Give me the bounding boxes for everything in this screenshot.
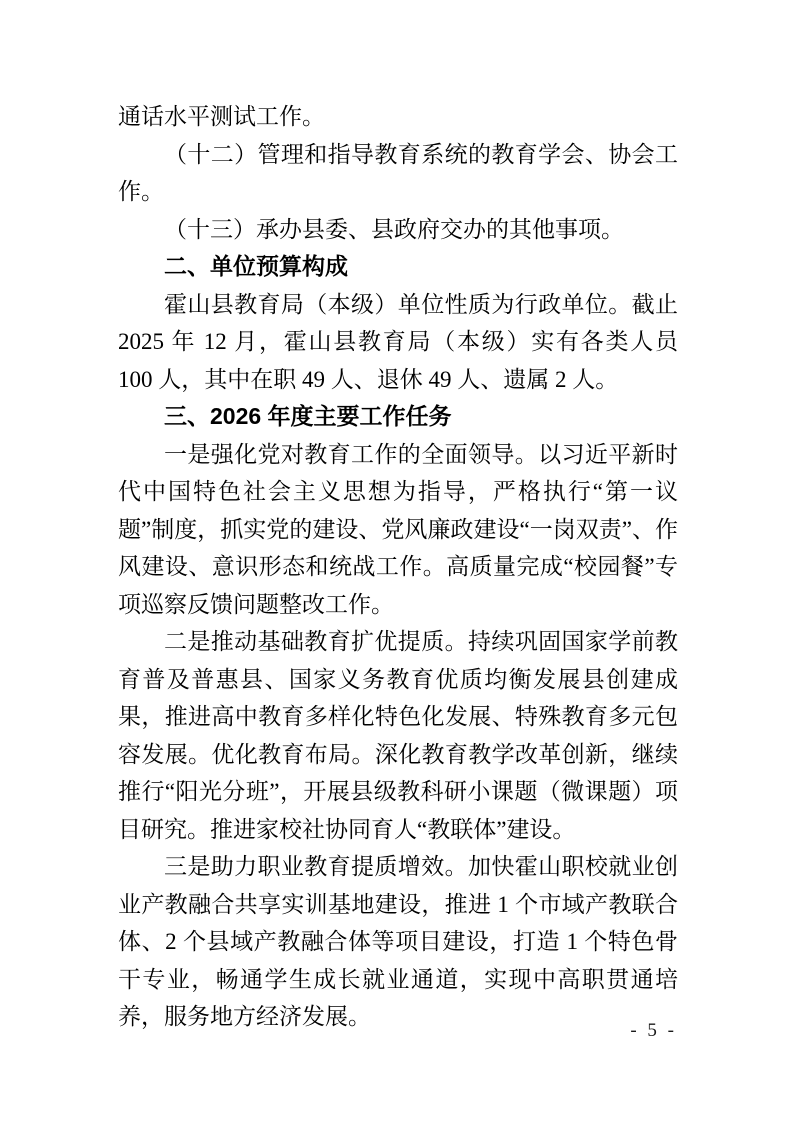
paragraph-budget-composition: 霍山县教育局（本级）单位性质为行政单位。截止 2025 年 12 月，霍山县教育…	[118, 286, 678, 399]
paragraph-task-party-leadership: 一是强化党对教育工作的全面领导。以习近平新时代中国特色社会主义思想为指导，严格执…	[118, 436, 678, 624]
section-heading-budget-composition: 二、单位预算构成	[118, 248, 678, 286]
document-page: 通话水平测试工作。 （十二）管理和指导教育系统的教育学会、协会工作。 （十三）承…	[0, 0, 793, 1122]
paragraph-task-vocational-education: 三是助力职业教育提质增效。加快霍山职校就业创业产教融合共享实训基地建设，推进 1…	[118, 848, 678, 1036]
page-number: - 5 -	[630, 1020, 677, 1042]
document-body: 通话水平测试工作。 （十二）管理和指导教育系统的教育学会、协会工作。 （十三）承…	[118, 98, 678, 1036]
paragraph-task-basic-education: 二是推动基础教育扩优提质。持续巩固国家学前教育普及普惠县、国家义务教育优质均衡发…	[118, 623, 678, 848]
paragraph-continuation: 通话水平测试工作。	[118, 98, 678, 136]
list-item-thirteen: （十三）承办县委、县政府交办的其他事项。	[118, 211, 678, 249]
section-heading-2026-tasks: 三、2026 年度主要工作任务	[118, 398, 678, 436]
list-item-twelve: （十二）管理和指导教育系统的教育学会、协会工作。	[118, 136, 678, 211]
